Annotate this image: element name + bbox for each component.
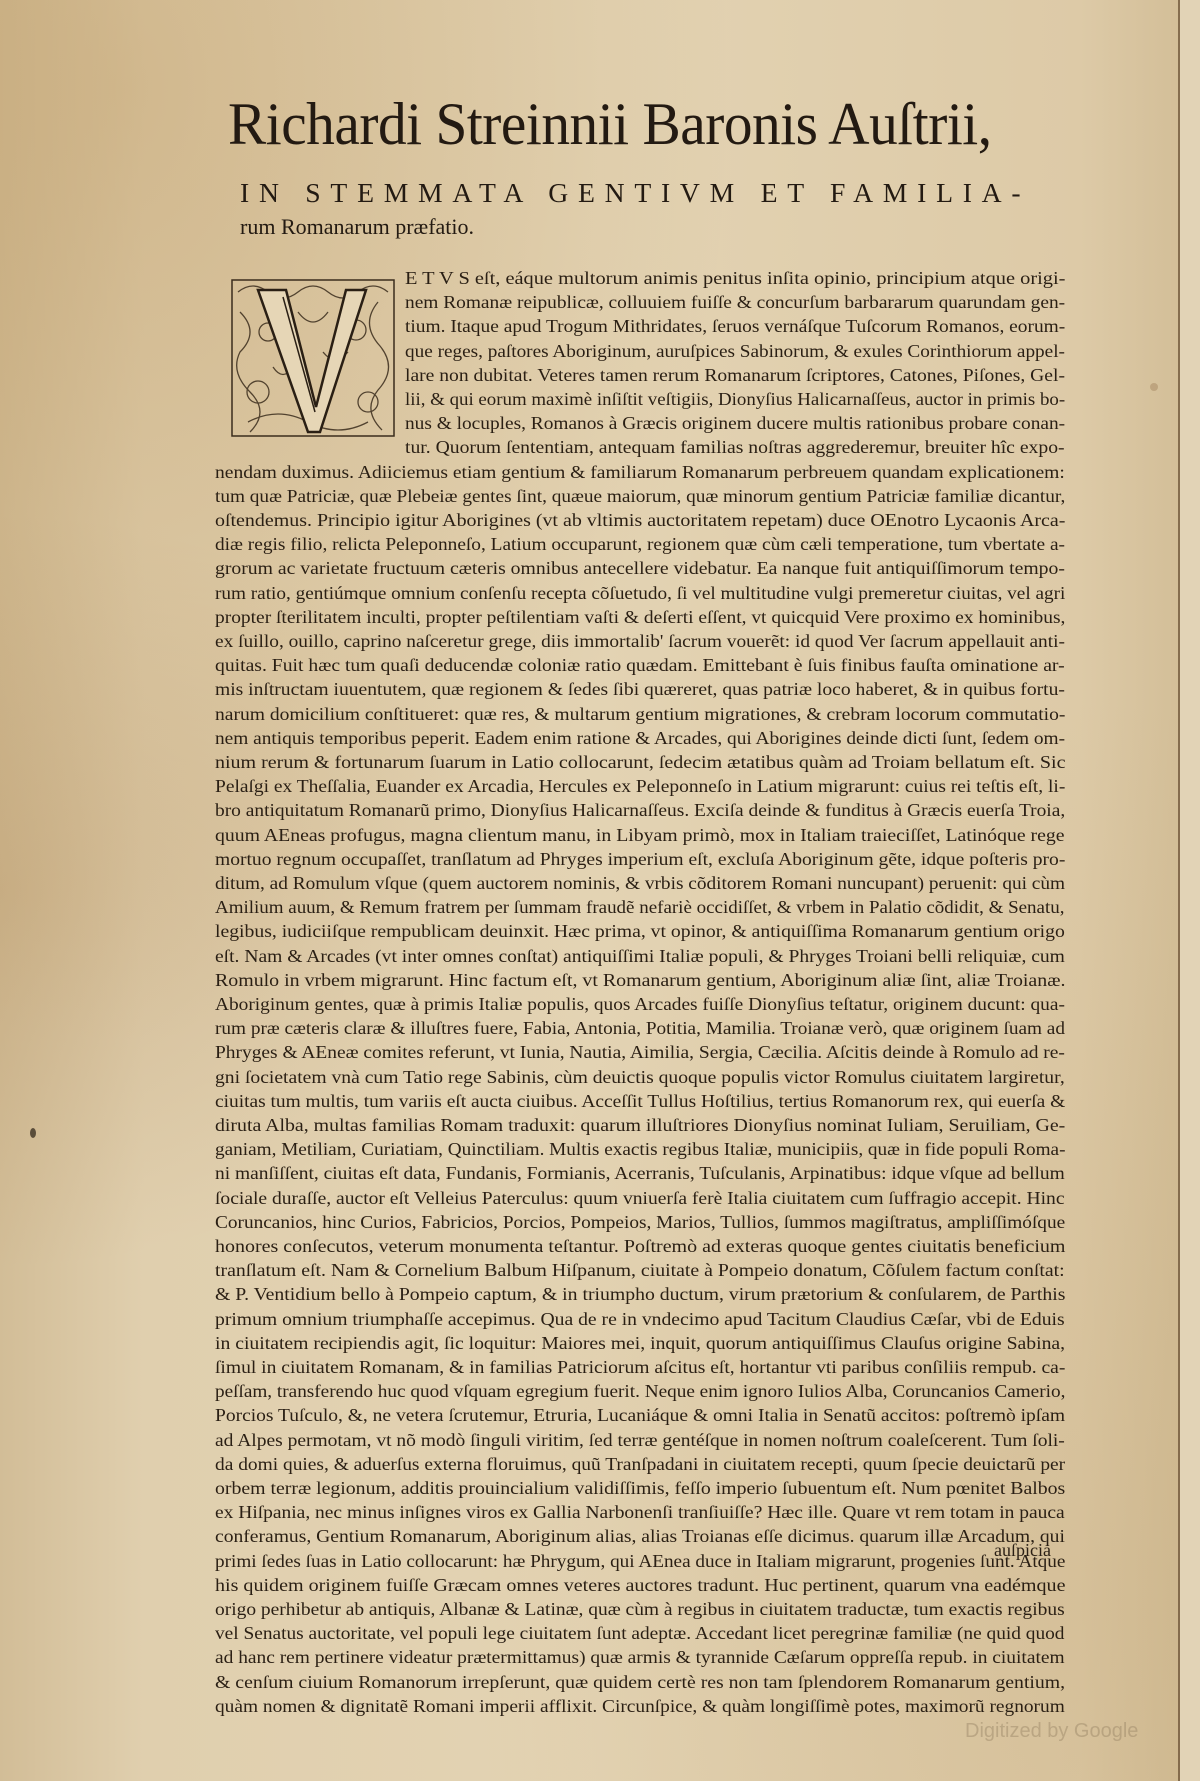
text-line: ad Alpes permotam, vt nõ modò ſinguli vi… (215, 1428, 1065, 1452)
text-line: quum AEneas profugus, magna clientum man… (215, 823, 1065, 847)
text-line: in ciuitatem recipiendis agit, ſic loqui… (215, 1331, 1065, 1355)
text-line: ganiam, Metiliam, Curiatiam, Quinctiliam… (215, 1137, 1065, 1161)
text-line: ex ſuillo, ouillo, caprino naſceretur gr… (215, 629, 1065, 653)
text-line: nem antiquis temporibus peperit. Eadem e… (215, 726, 1065, 750)
text-line: rum præ cæteris claræ & illuſtres fuere,… (215, 1016, 1065, 1040)
subtitle-line-1: IN STEMMATA GENTIVM ET FAMILIA- (240, 178, 1030, 209)
text-line: legibus, iudiciiſque rempublicam deuinxi… (215, 919, 1065, 943)
text-line: ditum, ad Romulum vſque (quem auctorem n… (215, 871, 1065, 895)
text-line: mortuo regnum occupaſſet, tranſlatum ad … (215, 847, 1065, 871)
text-line: conferamus, Gentium Romanarum, Aboriginu… (215, 1524, 1065, 1548)
text-line: quitas. Fuit hæc tum quaſi deducendæ col… (215, 653, 1065, 677)
page-fold-line (1178, 0, 1180, 1781)
text-line: ciuitas tum multis, tum variis eſt aucta… (215, 1089, 1065, 1113)
text-line: Porcios Tuſculo, &, ne vetera ſcrutemur,… (215, 1403, 1065, 1427)
text-line: Pelaſgi ex Theſſalia, Euander ex Arcadia… (215, 774, 1065, 798)
text-line: mis inſtructam iuuentutem, quæ regionem … (215, 677, 1065, 701)
digitized-watermark: Digitized by Google (965, 1720, 1138, 1743)
text-line: ſociale duraſſe, auctor eſt Velleius Pat… (215, 1186, 1065, 1210)
text-line: rum ratio, gentiúmque omnium conſenſu re… (215, 581, 1065, 605)
text-line: E T V S eſt, eáque multorum animis penit… (405, 266, 1065, 290)
text-line: ſimul in ciuitatem Romanam, & in familia… (215, 1355, 1065, 1379)
text-line: primi ſedes ſuas in Latio collocarunt: h… (215, 1549, 1065, 1573)
text-line: tur. Quorum ſententiam, antequam familia… (405, 435, 1065, 459)
ink-spot (30, 1128, 36, 1138)
text-line: Coruncanios, hinc Curios, Fabricios, Por… (215, 1210, 1065, 1234)
text-line: gni ſocietatem vnà cum Tatio rege Sabini… (215, 1065, 1065, 1089)
text-line: oſtendemus. Principio igitur Aborigines … (215, 508, 1065, 532)
text-line: diæ regis filio, relicta Peleponneſo, La… (215, 532, 1065, 556)
text-line: propter ſterilitatem inculti, propter pe… (215, 605, 1065, 629)
text-line: ni manſiſſent, ciuitas eſt data, Fundani… (215, 1161, 1065, 1185)
text-line: vel Senatus auctoritate, vel populi lege… (215, 1621, 1064, 1645)
text-line: primum omnium triumphaſſe accepimus. Qua… (215, 1307, 1065, 1331)
text-line: honores conſecutos, veterum monumenta te… (215, 1234, 1065, 1258)
text-line: diruta Alba, multas familias Romam tradu… (215, 1113, 1065, 1137)
text-line: Aboriginum gentes, quæ à primis Italiæ p… (215, 992, 1065, 1016)
text-line: nendam duximus. Adiiciemus etiam gentium… (215, 460, 1065, 484)
page-title: Richardi Streinnii Baronis Auſtrii, (228, 88, 1088, 160)
text-line: orbem terræ legionum, additis prouincial… (215, 1476, 1065, 1500)
text-line: Phryges & AEneæ comites referunt, vt Iun… (215, 1040, 1065, 1064)
text-line: bro antiquitatum Romanarũ primo, Dionyſi… (215, 798, 1065, 822)
text-line: que reges, paſtores Aboriginum, auruſpic… (405, 339, 1065, 363)
text-line: his quidem originem fuiſſe Græcam omnes … (215, 1573, 1065, 1597)
catchword: auſpicia (994, 1540, 1051, 1561)
text-line: peſſam, transferendo huc quod vſquam egr… (215, 1379, 1065, 1403)
text-line: tum quæ Patriciæ, quæ Plebeiæ gentes ſin… (215, 484, 1065, 508)
decorated-initial-v-icon (228, 272, 398, 442)
text-line: Romulo in vrbem migrarunt. Hinc factum e… (215, 968, 1065, 992)
text-line: tranſlatum eſt. Nam & Cornelium Balbum H… (215, 1258, 1065, 1282)
text-line: Amilium auum, & Remum fratrem per ſummam… (215, 895, 1064, 919)
text-line: eſt. Nam & Arcades (vt inter omnes conſt… (215, 944, 1065, 968)
text-line: nium rerum & fortunarum ſuarum in Latio … (215, 750, 1066, 774)
text-line: lii, & qui eorum maximè inſiſtit veſtigi… (405, 387, 1065, 411)
text-line: da domi quies, & aduerſus externa florui… (215, 1452, 1065, 1476)
text-line: origo perhibetur ab antiquis, Albanæ & L… (215, 1597, 1065, 1621)
text-line: tium. Itaque apud Trogum Mithridates, ſe… (405, 314, 1065, 338)
text-line: quàm nomen & dignitatẽ Romani imperii af… (215, 1694, 1065, 1718)
text-line: narum domicilium conſtitueret: quæ res, … (215, 702, 1065, 726)
ink-spot (1150, 383, 1158, 391)
text-line: ad hanc rem pertinere videatur prætermit… (215, 1645, 1065, 1669)
text-line: & cenſum ciuium Romanorum irrepſerunt, q… (215, 1670, 1065, 1694)
subtitle-line-2: rum Romanarum præfatio. (240, 214, 474, 240)
adjacent-page-edge (1180, 0, 1200, 1781)
text-line: nus & locuples, Romanos à Græcis origine… (405, 411, 1065, 435)
text-line: nem Romanæ reipublicæ, colluuiem fuiſſe … (405, 290, 1065, 314)
text-line: & P. Ventidium bello à Pompeio captum, &… (215, 1282, 1065, 1306)
text-line: ex Hiſpania, nec minus inſignes viros ex… (215, 1500, 1065, 1524)
text-line: grorum ac varietate fructuum cæteris omn… (215, 556, 1065, 580)
text-line: lare non dubitat. Veteres tamen rerum Ro… (405, 363, 1065, 387)
